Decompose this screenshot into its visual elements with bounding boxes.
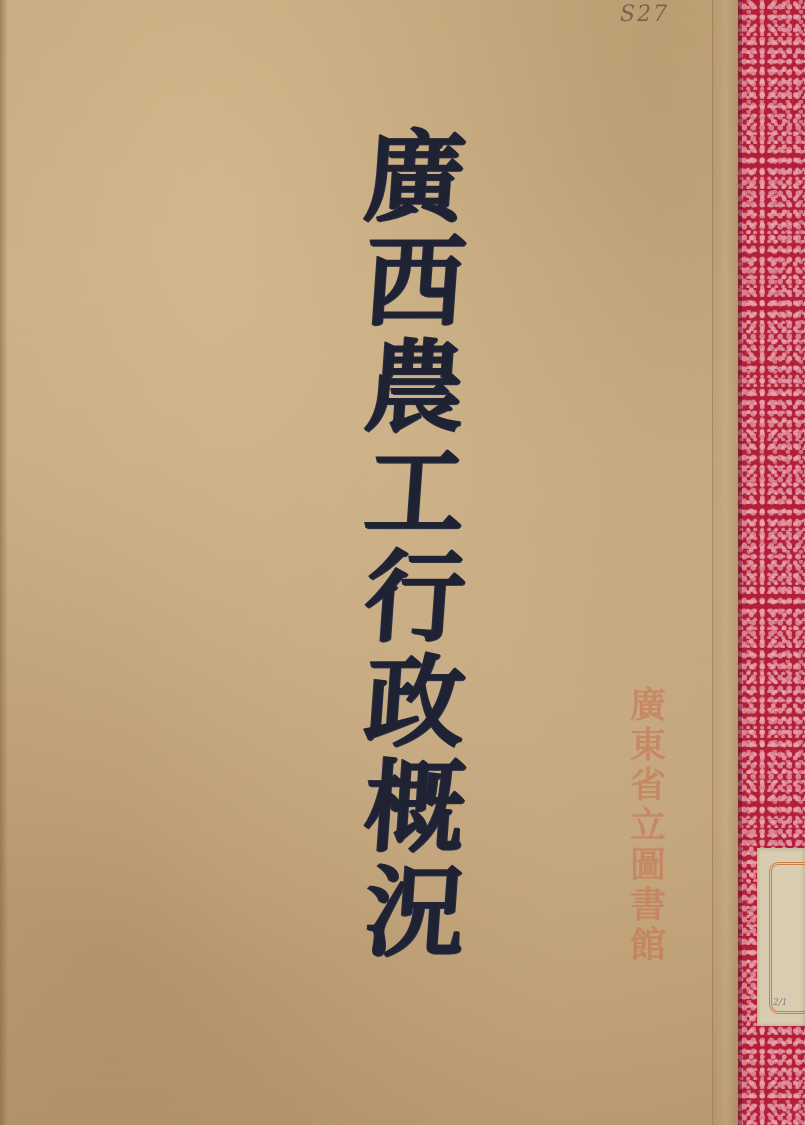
title-char: 概: [361, 755, 468, 860]
cover-title: 廣 西 農 工 行 政 概 況: [330, 125, 500, 965]
stamp-char: 圖: [630, 845, 666, 885]
cover-fold-edge: [712, 0, 739, 1125]
book-cover: S27 廣 西 農 工 行 政 概 況 廣 東 省 立 圖 書 館: [0, 0, 738, 1125]
stamp-char: 書: [630, 885, 666, 925]
title-char: 西: [361, 230, 468, 335]
title-char: 廣: [361, 125, 468, 230]
title-char: 工: [361, 440, 468, 545]
stamp-char: 東: [630, 725, 666, 765]
shelf-mark: S27: [620, 2, 669, 27]
title-char: 行: [361, 545, 468, 650]
spine-label: 2/1: [757, 848, 805, 1026]
label-ornament-frame: [769, 862, 805, 1014]
library-stamp: 廣 東 省 立 圖 書 館: [618, 685, 678, 965]
label-text: 2/1: [773, 998, 787, 1008]
stamp-char: 廣: [630, 685, 666, 725]
title-char: 農: [361, 335, 468, 440]
stamp-char: 省: [630, 765, 666, 805]
title-char: 況: [361, 860, 468, 965]
stamp-char: 館: [630, 925, 666, 965]
title-char: 政: [361, 650, 468, 755]
stamp-char: 立: [630, 805, 666, 845]
